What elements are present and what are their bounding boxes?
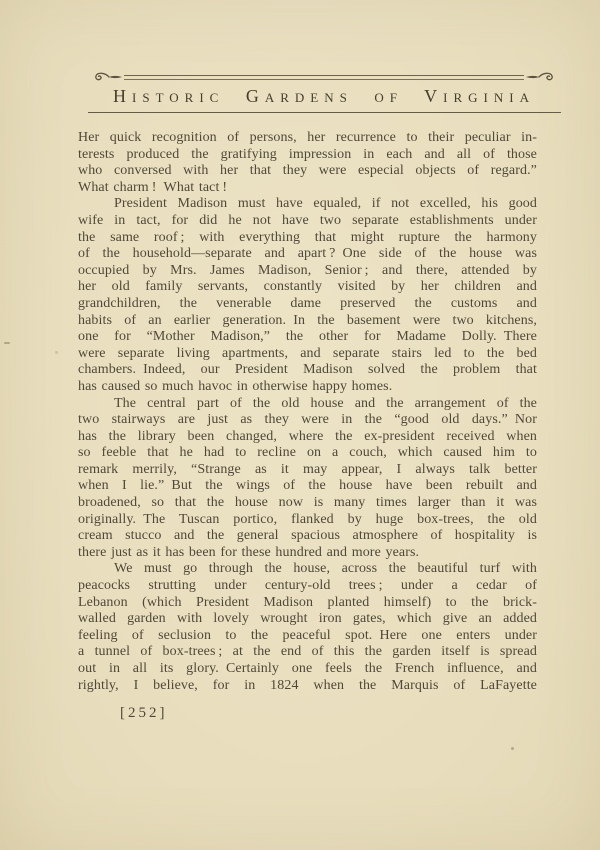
text-line: President Madison must have equaled, if … <box>78 196 537 213</box>
text-line: We must go through the house, across the… <box>78 561 537 578</box>
text-line: a tunnel of box-trees ; at the end of th… <box>78 644 537 661</box>
text-line: broadened, so that the house now is many… <box>78 495 537 512</box>
paragraph: President Madison must have equaled, if … <box>78 196 537 395</box>
text-line: grandchildren, the venerable dame preser… <box>78 296 537 313</box>
text-line: who conversed with her that they were es… <box>78 163 537 180</box>
page-title: Historic Gardens of Virginia <box>93 86 555 107</box>
text-line: the same roof ; with everything that mig… <box>78 230 537 247</box>
text-line: there just as it has been for these hund… <box>78 545 537 562</box>
text-line: were separate living apartments, and sep… <box>78 346 537 363</box>
running-head-block: Historic Gardens of Virginia <box>93 71 555 113</box>
page-number: [252] <box>120 705 168 722</box>
scroll-ornament-right-icon <box>525 71 555 83</box>
paragraph: The central part of the old house and th… <box>78 396 537 562</box>
book-page: Historic Gardens of Virginia Her quick r… <box>0 0 600 850</box>
ornamental-rule <box>93 71 555 83</box>
text-line: has the library been changed, where the … <box>78 429 537 446</box>
text-line: cream stucco and the general spacious at… <box>78 528 537 545</box>
text-line: walled garden with lovely wrought iron g… <box>78 611 537 628</box>
scroll-ornament-left-icon <box>93 71 123 83</box>
text-line: habits of an earlier generation. In the … <box>78 313 537 330</box>
paper-speck <box>511 747 514 750</box>
text-line: feeling of seclusion to the peaceful spo… <box>78 628 537 645</box>
paragraph: We must go through the house, across the… <box>78 561 537 694</box>
text-line: has caused so much havoc in otherwise ha… <box>78 379 537 396</box>
title-rule <box>88 112 561 113</box>
text-line: out in all its glory. Certainly one feel… <box>78 661 537 678</box>
text-line: when I lie.” But the wings of the house … <box>78 478 537 495</box>
text-line: The central part of the old house and th… <box>78 396 537 413</box>
text-line: two stairways are just as they were in t… <box>78 412 537 429</box>
paragraph: Her quick recognition of persons, her re… <box>78 130 537 196</box>
text-line: of the household—separate and apart ? On… <box>78 246 537 263</box>
text-line: her old family servants, constantly visi… <box>78 279 537 296</box>
text-block: Her quick recognition of persons, her re… <box>78 130 537 694</box>
text-line: chambers. Indeed, our President Madison … <box>78 362 537 379</box>
text-line: one for “Mother Madison,” the other for … <box>78 329 537 346</box>
text-line: Lebanon (which President Madison planted… <box>78 595 537 612</box>
text-line: occupied by Mrs. James Madison, Senior ;… <box>78 263 537 280</box>
text-line: wife in tact, for did he not have two se… <box>78 213 537 230</box>
text-line: rightly, I believe, for in 1824 when the… <box>78 678 537 695</box>
text-line: so feeble that he had to recline on a co… <box>78 445 537 462</box>
text-line: peacocks strutting under century-old tre… <box>78 578 537 595</box>
paper-speck <box>55 351 58 354</box>
text-line: terests produced the gratifying impressi… <box>78 147 537 164</box>
double-rule <box>124 75 524 80</box>
text-line: remark merrily, “Strange as it may appea… <box>78 462 537 479</box>
paper-speck <box>4 342 10 344</box>
text-line: originally. The Tuscan portico, flanked … <box>78 512 537 529</box>
text-line: Her quick recognition of persons, her re… <box>78 130 537 147</box>
text-line: What charm ! What tact ! <box>78 180 537 197</box>
